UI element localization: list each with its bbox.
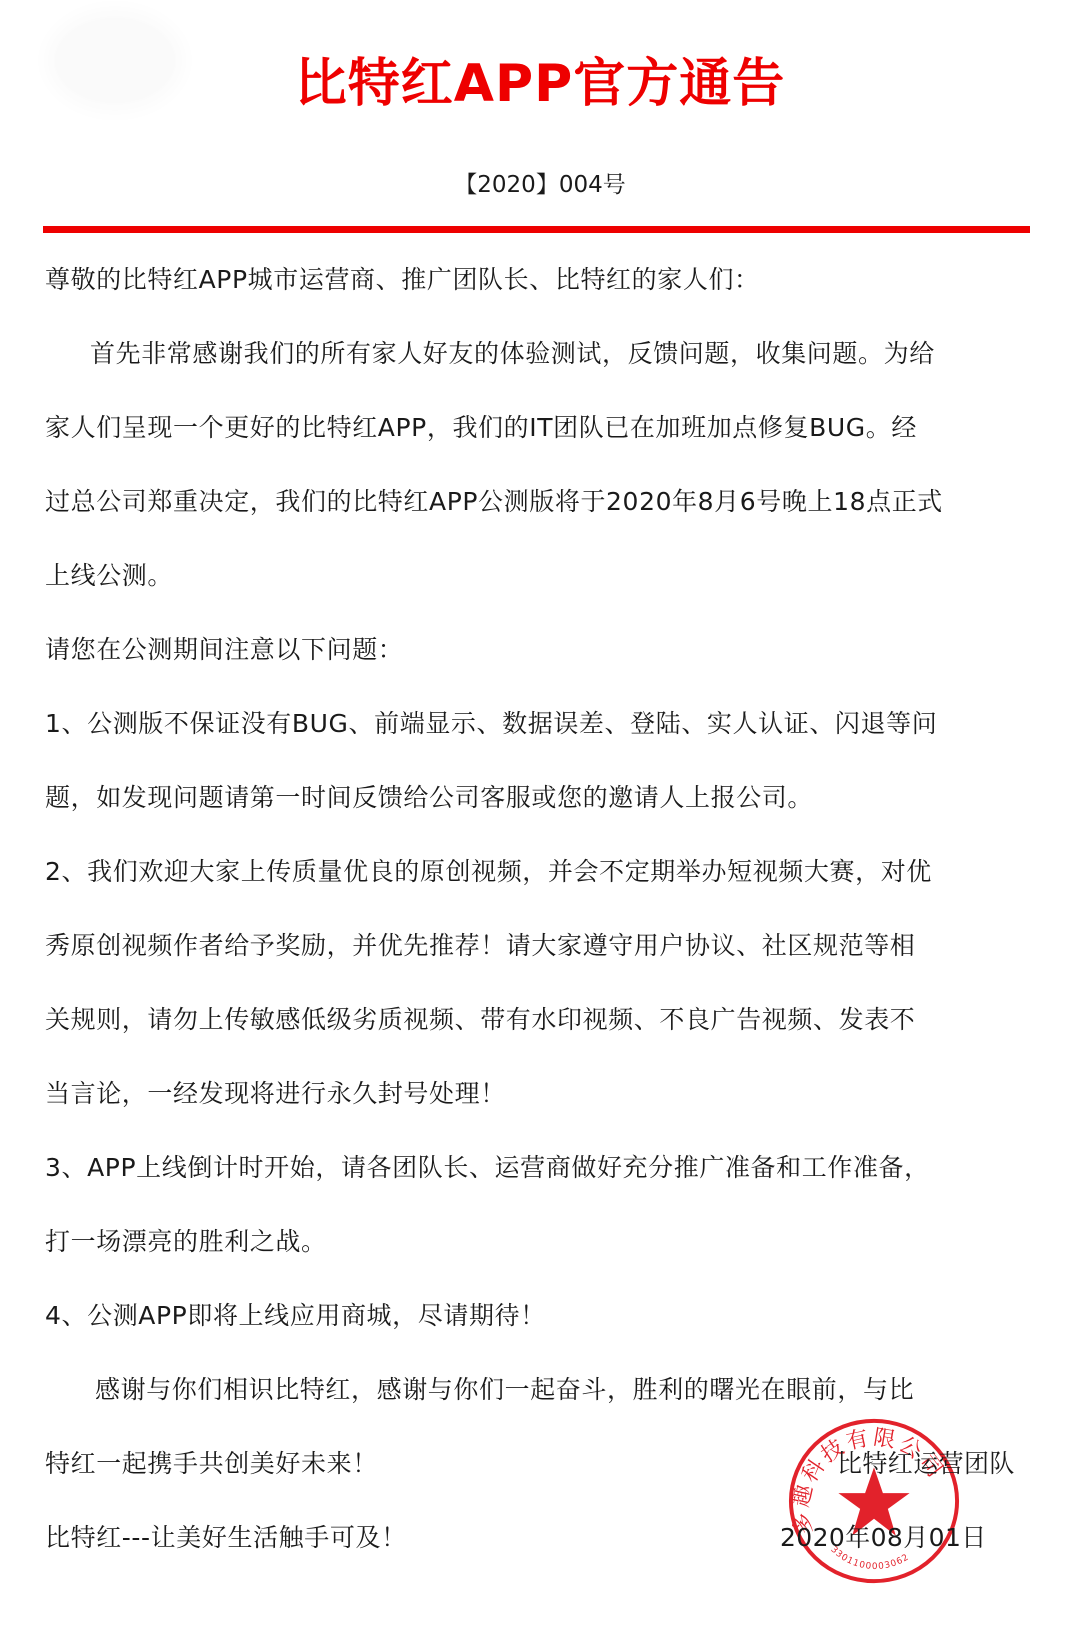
red-divider <box>43 226 1030 233</box>
intro-line: 家人们呈现一个更好的比特红APP，我们的IT团队已在加班加点修复BUG。经 <box>45 410 1035 484</box>
list-item-2-line: 秀原创视频作者给予奖励，并优先推荐！请大家遵守用户协议、社区规范等相 <box>45 928 1035 1002</box>
document-body: 尊敬的比特红APP城市运营商、推广团队长、比特红的家人们： 首先非常感谢我们的所… <box>45 262 1035 1594</box>
notice-heading: 请您在公测期间注意以下问题： <box>45 632 1035 706</box>
intro-line: 过总公司郑重决定，我们的比特红APP公测版将于2020年8月6号晚上18点正式 <box>45 484 1035 558</box>
list-item-3-line: 3、APP上线倒计时开始，请各团队长、运营商做好充分推广准备和工作准备， <box>45 1150 1035 1224</box>
document-title: 比特红APP官方通告 <box>0 50 1080 118</box>
salutation: 尊敬的比特红APP城市运营商、推广团队长、比特红的家人们： <box>45 262 1035 336</box>
company-seal-stamp: 多趣科技有限公司 3301100003062 <box>785 1415 963 1587</box>
signature-team: 比特红运营团队 <box>837 1446 1015 1482</box>
seal-graphic: 多趣科技有限公司 3301100003062 <box>785 1415 963 1587</box>
list-item-1-line: 题，如发现问题请第一时间反馈给公司客服或您的邀请人上报公司。 <box>45 780 1035 854</box>
list-item-2-line: 关规则，请勿上传敏感低级劣质视频、带有水印视频、不良广告视频、发表不 <box>45 1002 1035 1076</box>
slogan: 比特红---让美好生活触手可及！ <box>45 1523 407 1552</box>
list-item-2-line: 当言论，一经发现将进行永久封号处理！ <box>45 1076 1035 1150</box>
list-item-1-line: 1、公测版不保证没有BUG、前端显示、数据误差、登陆、实人认证、闪退等问 <box>45 706 1035 780</box>
document-number: 【2020】004号 <box>0 170 1080 200</box>
list-item-4-line: 4、公测APP即将上线应用商城，尽请期待！ <box>45 1298 1035 1372</box>
list-item-2-line: 2、我们欢迎大家上传质量优良的原创视频，并会不定期举办短视频大赛，对优 <box>45 854 1035 928</box>
signature-date: 2020年08月01日 <box>780 1520 987 1556</box>
list-item-3-line: 打一场漂亮的胜利之战。 <box>45 1224 1035 1298</box>
closing-line: 特红一起携手共创美好未来！ <box>45 1449 378 1478</box>
intro-line: 首先非常感谢我们的所有家人好友的体验测试，反馈问题，收集问题。为给 <box>45 336 1035 410</box>
intro-line: 上线公测。 <box>45 558 1035 632</box>
